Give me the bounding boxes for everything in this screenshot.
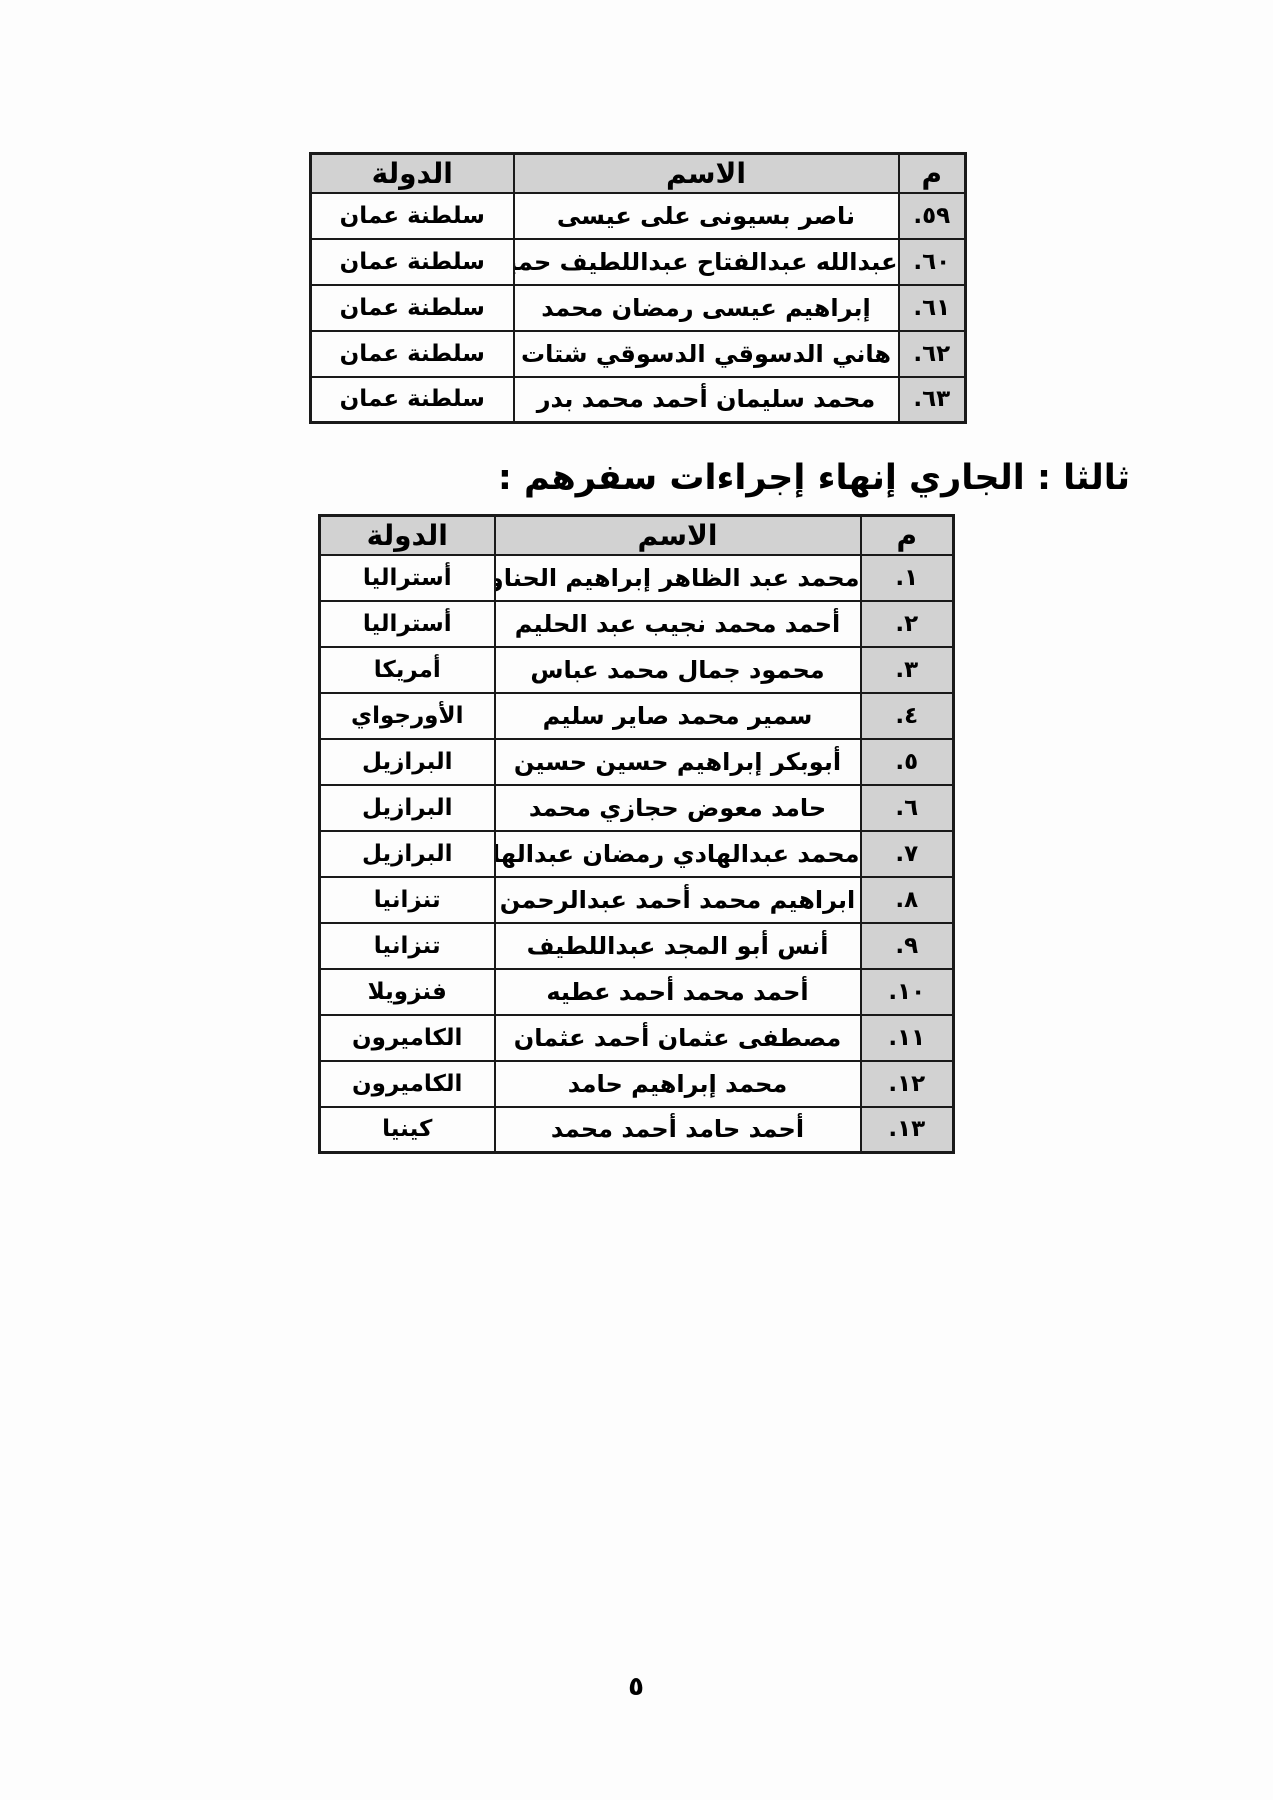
table-row: .٦١إبراهيم عيسى رمضان محمدسلطنة عمان [311, 285, 966, 331]
table-row: .٥أبوبكر إبراهيم حسين حسينالبرازيل [320, 739, 954, 785]
country-cell: الأورجواي [320, 693, 495, 739]
table-row: .٣محمود جمال محمد عباسأمريكا [320, 647, 954, 693]
table-row: .٦حامد معوض حجازي محمدالبرازيل [320, 785, 954, 831]
name-cell: إبراهيم عيسى رمضان محمد [514, 285, 899, 331]
num-cell: .٦٢ [899, 331, 966, 377]
country-cell: سلطنة عمان [311, 239, 514, 285]
num-cell: .٤ [861, 693, 954, 739]
name-cell: أحمد محمد نجيب عبد الحليم [495, 601, 861, 647]
section-heading-third: ثالثا : الجاري إنهاء إجراءات سفرهم : [498, 458, 1130, 498]
num-cell: .٦٣ [899, 377, 966, 423]
num-cell: .١١ [861, 1015, 954, 1061]
oman-names-table-body: .٥٩ناصر بسيونى على عيسىسلطنة عمان.٦٠عبدا… [311, 193, 966, 423]
num-cell: .٣ [861, 647, 954, 693]
country-cell: البرازيل [320, 785, 495, 831]
num-cell: .٧ [861, 831, 954, 877]
country-cell: سلطنة عمان [311, 285, 514, 331]
page-number: ٥ [600, 1672, 672, 1702]
country-cell: البرازيل [320, 831, 495, 877]
name-cell: حامد معوض حجازي محمد [495, 785, 861, 831]
num-cell: .٦ [861, 785, 954, 831]
table-row: .٧محمد عبدالهادي رمضان عبدالهاديالبرازيل [320, 831, 954, 877]
country-cell: سلطنة عمان [311, 193, 514, 239]
country-cell: أمريكا [320, 647, 495, 693]
table-row: .١محمد عبد الظاهر إبراهيم الحناويأسترالي… [320, 555, 954, 601]
num-cell: .١٣ [861, 1107, 954, 1153]
oman-names-table: م الاسم الدولة .٥٩ناصر بسيونى على عيسىسل… [309, 152, 967, 424]
travel-procedures-table-body: .١محمد عبد الظاهر إبراهيم الحناويأسترالي… [320, 555, 954, 1153]
document-page: م الاسم الدولة .٥٩ناصر بسيونى على عيسىسل… [0, 0, 1273, 1800]
table-row: .٨ابراهيم محمد أحمد عبدالرحمنتنزانيا [320, 877, 954, 923]
name-cell: مصطفى عثمان أحمد عثمان [495, 1015, 861, 1061]
num-cell: .٥٩ [899, 193, 966, 239]
table-row: .٢أحمد محمد نجيب عبد الحليمأستراليا [320, 601, 954, 647]
table-header-row: م الاسم الدولة [311, 154, 966, 193]
name-cell: ناصر بسيونى على عيسى [514, 193, 899, 239]
name-cell: سمير محمد صاير سليم [495, 693, 861, 739]
name-cell: محمد سليمان أحمد محمد بدر [514, 377, 899, 423]
name-cell: محمد عبدالهادي رمضان عبدالهادي [495, 831, 861, 877]
num-cell: .٨ [861, 877, 954, 923]
name-cell: هاني الدسوقي الدسوقي شتات [514, 331, 899, 377]
country-column-header: الدولة [311, 154, 514, 193]
table-row: .٦٢هاني الدسوقي الدسوقي شتاتسلطنة عمان [311, 331, 966, 377]
num-cell: .١٠ [861, 969, 954, 1015]
country-cell: الكاميرون [320, 1015, 495, 1061]
name-cell: ابراهيم محمد أحمد عبدالرحمن [495, 877, 861, 923]
country-cell: فنزويلا [320, 969, 495, 1015]
name-cell: أحمد محمد أحمد عطيه [495, 969, 861, 1015]
num-column-header: م [861, 516, 954, 555]
name-cell: عبدالله عبدالفتاح عبداللطيف حميد [514, 239, 899, 285]
name-cell: أحمد حامد أحمد محمد [495, 1107, 861, 1153]
num-column-header: م [899, 154, 966, 193]
country-cell: سلطنة عمان [311, 377, 514, 423]
country-cell: البرازيل [320, 739, 495, 785]
table-row: .٤سمير محمد صاير سليمالأورجواي [320, 693, 954, 739]
country-cell: أستراليا [320, 555, 495, 601]
country-cell: سلطنة عمان [311, 331, 514, 377]
name-cell: محمود جمال محمد عباس [495, 647, 861, 693]
num-cell: .١٢ [861, 1061, 954, 1107]
name-cell: محمد إبراهيم حامد [495, 1061, 861, 1107]
travel-procedures-table: م الاسم الدولة .١محمد عبد الظاهر إبراهيم… [318, 514, 955, 1154]
name-cell: محمد عبد الظاهر إبراهيم الحناوي [495, 555, 861, 601]
country-column-header: الدولة [320, 516, 495, 555]
name-column-header: الاسم [514, 154, 899, 193]
country-cell: الكاميرون [320, 1061, 495, 1107]
table-header-row: م الاسم الدولة [320, 516, 954, 555]
table-row: .٦٣محمد سليمان أحمد محمد بدرسلطنة عمان [311, 377, 966, 423]
num-cell: .٢ [861, 601, 954, 647]
num-cell: .٦١ [899, 285, 966, 331]
table-row: .١١مصطفى عثمان أحمد عثمانالكاميرون [320, 1015, 954, 1061]
country-cell: تنزانيا [320, 923, 495, 969]
table-row: .١٣أحمد حامد أحمد محمدكينيا [320, 1107, 954, 1153]
table-row: .١٠أحمد محمد أحمد عطيهفنزويلا [320, 969, 954, 1015]
country-cell: تنزانيا [320, 877, 495, 923]
name-cell: أبوبكر إبراهيم حسين حسين [495, 739, 861, 785]
num-cell: .١ [861, 555, 954, 601]
table-row: .٦٠عبدالله عبدالفتاح عبداللطيف حميدسلطنة… [311, 239, 966, 285]
num-cell: .٦٠ [899, 239, 966, 285]
table-row: .١٢محمد إبراهيم حامدالكاميرون [320, 1061, 954, 1107]
table-row: .٩أنس أبو المجد عبداللطيفتنزانيا [320, 923, 954, 969]
num-cell: .٩ [861, 923, 954, 969]
country-cell: أستراليا [320, 601, 495, 647]
country-cell: كينيا [320, 1107, 495, 1153]
table-row: .٥٩ناصر بسيونى على عيسىسلطنة عمان [311, 193, 966, 239]
name-cell: أنس أبو المجد عبداللطيف [495, 923, 861, 969]
name-column-header: الاسم [495, 516, 861, 555]
num-cell: .٥ [861, 739, 954, 785]
